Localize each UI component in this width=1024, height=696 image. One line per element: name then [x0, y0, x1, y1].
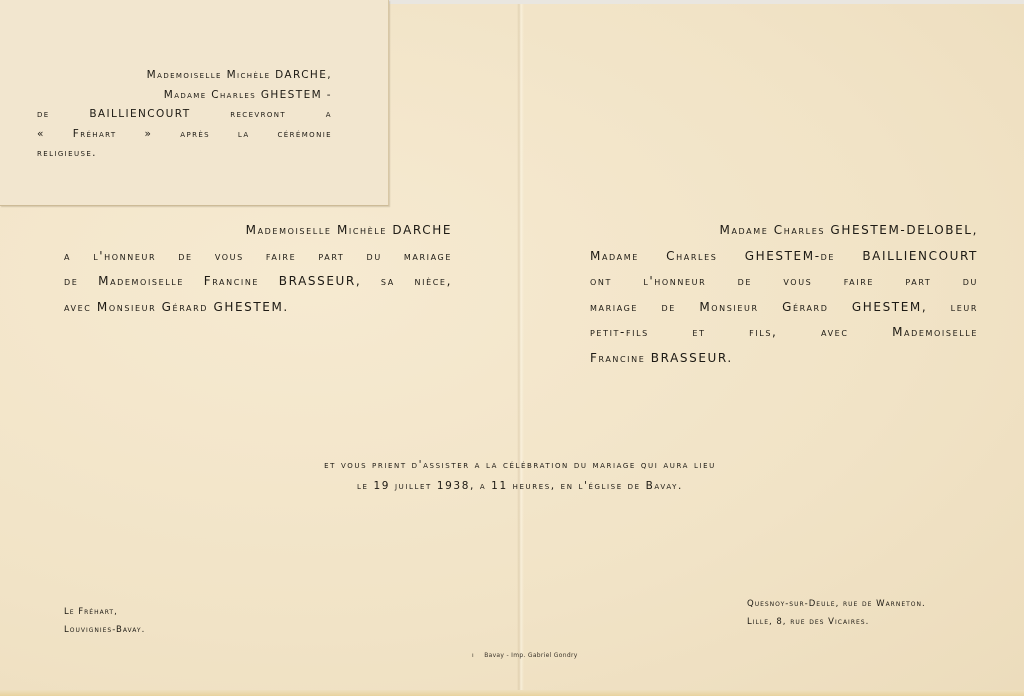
- paper-bottom-edge: [0, 690, 1024, 696]
- address-line: Quesnoy-sur-Deule, rue de Warneton.: [747, 595, 926, 613]
- groom-address: Quesnoy-sur-Deule, rue de Warneton. Lill…: [747, 595, 926, 631]
- announcement-line: ont l'honneur de vous faire part du: [590, 269, 978, 295]
- announcement-line: de Mademoiselle Francine BRASSEUR, sa ni…: [64, 269, 452, 295]
- ceremony-invitation: et vous prient d'assister a la célébrati…: [200, 455, 840, 497]
- printer-bullet: ı: [472, 652, 474, 659]
- reception-card: Mademoiselle Michèle DARCHE, Madame Char…: [0, 0, 389, 206]
- paper-top-edge: [388, 0, 1024, 4]
- reception-line: Madame Charles GHESTEM -: [37, 86, 332, 106]
- reception-line: de BAILLIENCOURT recevront a: [37, 105, 332, 125]
- address-line: Lille, 8, rue des Vicaires.: [747, 613, 926, 631]
- bride-address: Le Fréhart, Louvignies-Bavay.: [64, 603, 145, 639]
- reception-line: « Fréhart » après la cérémonie: [37, 125, 332, 145]
- invitation-paper: Mademoiselle Michèle DARCHE, Madame Char…: [0, 0, 1024, 696]
- announcement-line: petit-fils et fils, avec Mademoiselle: [590, 320, 978, 346]
- announcement-line: Madame Charles GHESTEM-de BAILLIENCOURT: [590, 244, 978, 270]
- announcement-line: mariage de Monsieur Gérard GHESTEM, leur: [590, 295, 978, 321]
- invitation-line: et vous prient d'assister a la célébrati…: [200, 455, 840, 476]
- announcement-line: a l'honneur de vous faire part du mariag…: [64, 244, 452, 270]
- announcement-line: Mademoiselle Michèle DARCHE: [64, 218, 452, 244]
- reception-card-text: Mademoiselle Michèle DARCHE, Madame Char…: [37, 66, 332, 164]
- printer-text: Bavay - Imp. Gabriel Gondry: [484, 652, 577, 659]
- groom-side-announcement: Madame Charles GHESTEM-DELOBEL, Madame C…: [590, 218, 978, 371]
- printer-mark: ı Bavay - Imp. Gabriel Gondry: [472, 652, 578, 659]
- announcement-line: Francine BRASSEUR.: [590, 346, 978, 372]
- reception-line: religieuse.: [37, 144, 332, 164]
- announcement-line: avec Monsieur Gérard GHESTEM.: [64, 295, 452, 321]
- invitation-line: le 19 juillet 1938, a 11 heures, en l'ég…: [200, 476, 840, 497]
- address-line: Louvignies-Bavay.: [64, 621, 145, 639]
- address-line: Le Fréhart,: [64, 603, 145, 621]
- bride-side-announcement: Mademoiselle Michèle DARCHE a l'honneur …: [64, 218, 452, 320]
- reception-line: Mademoiselle Michèle DARCHE,: [37, 66, 332, 86]
- announcement-line: Madame Charles GHESTEM-DELOBEL,: [590, 218, 978, 244]
